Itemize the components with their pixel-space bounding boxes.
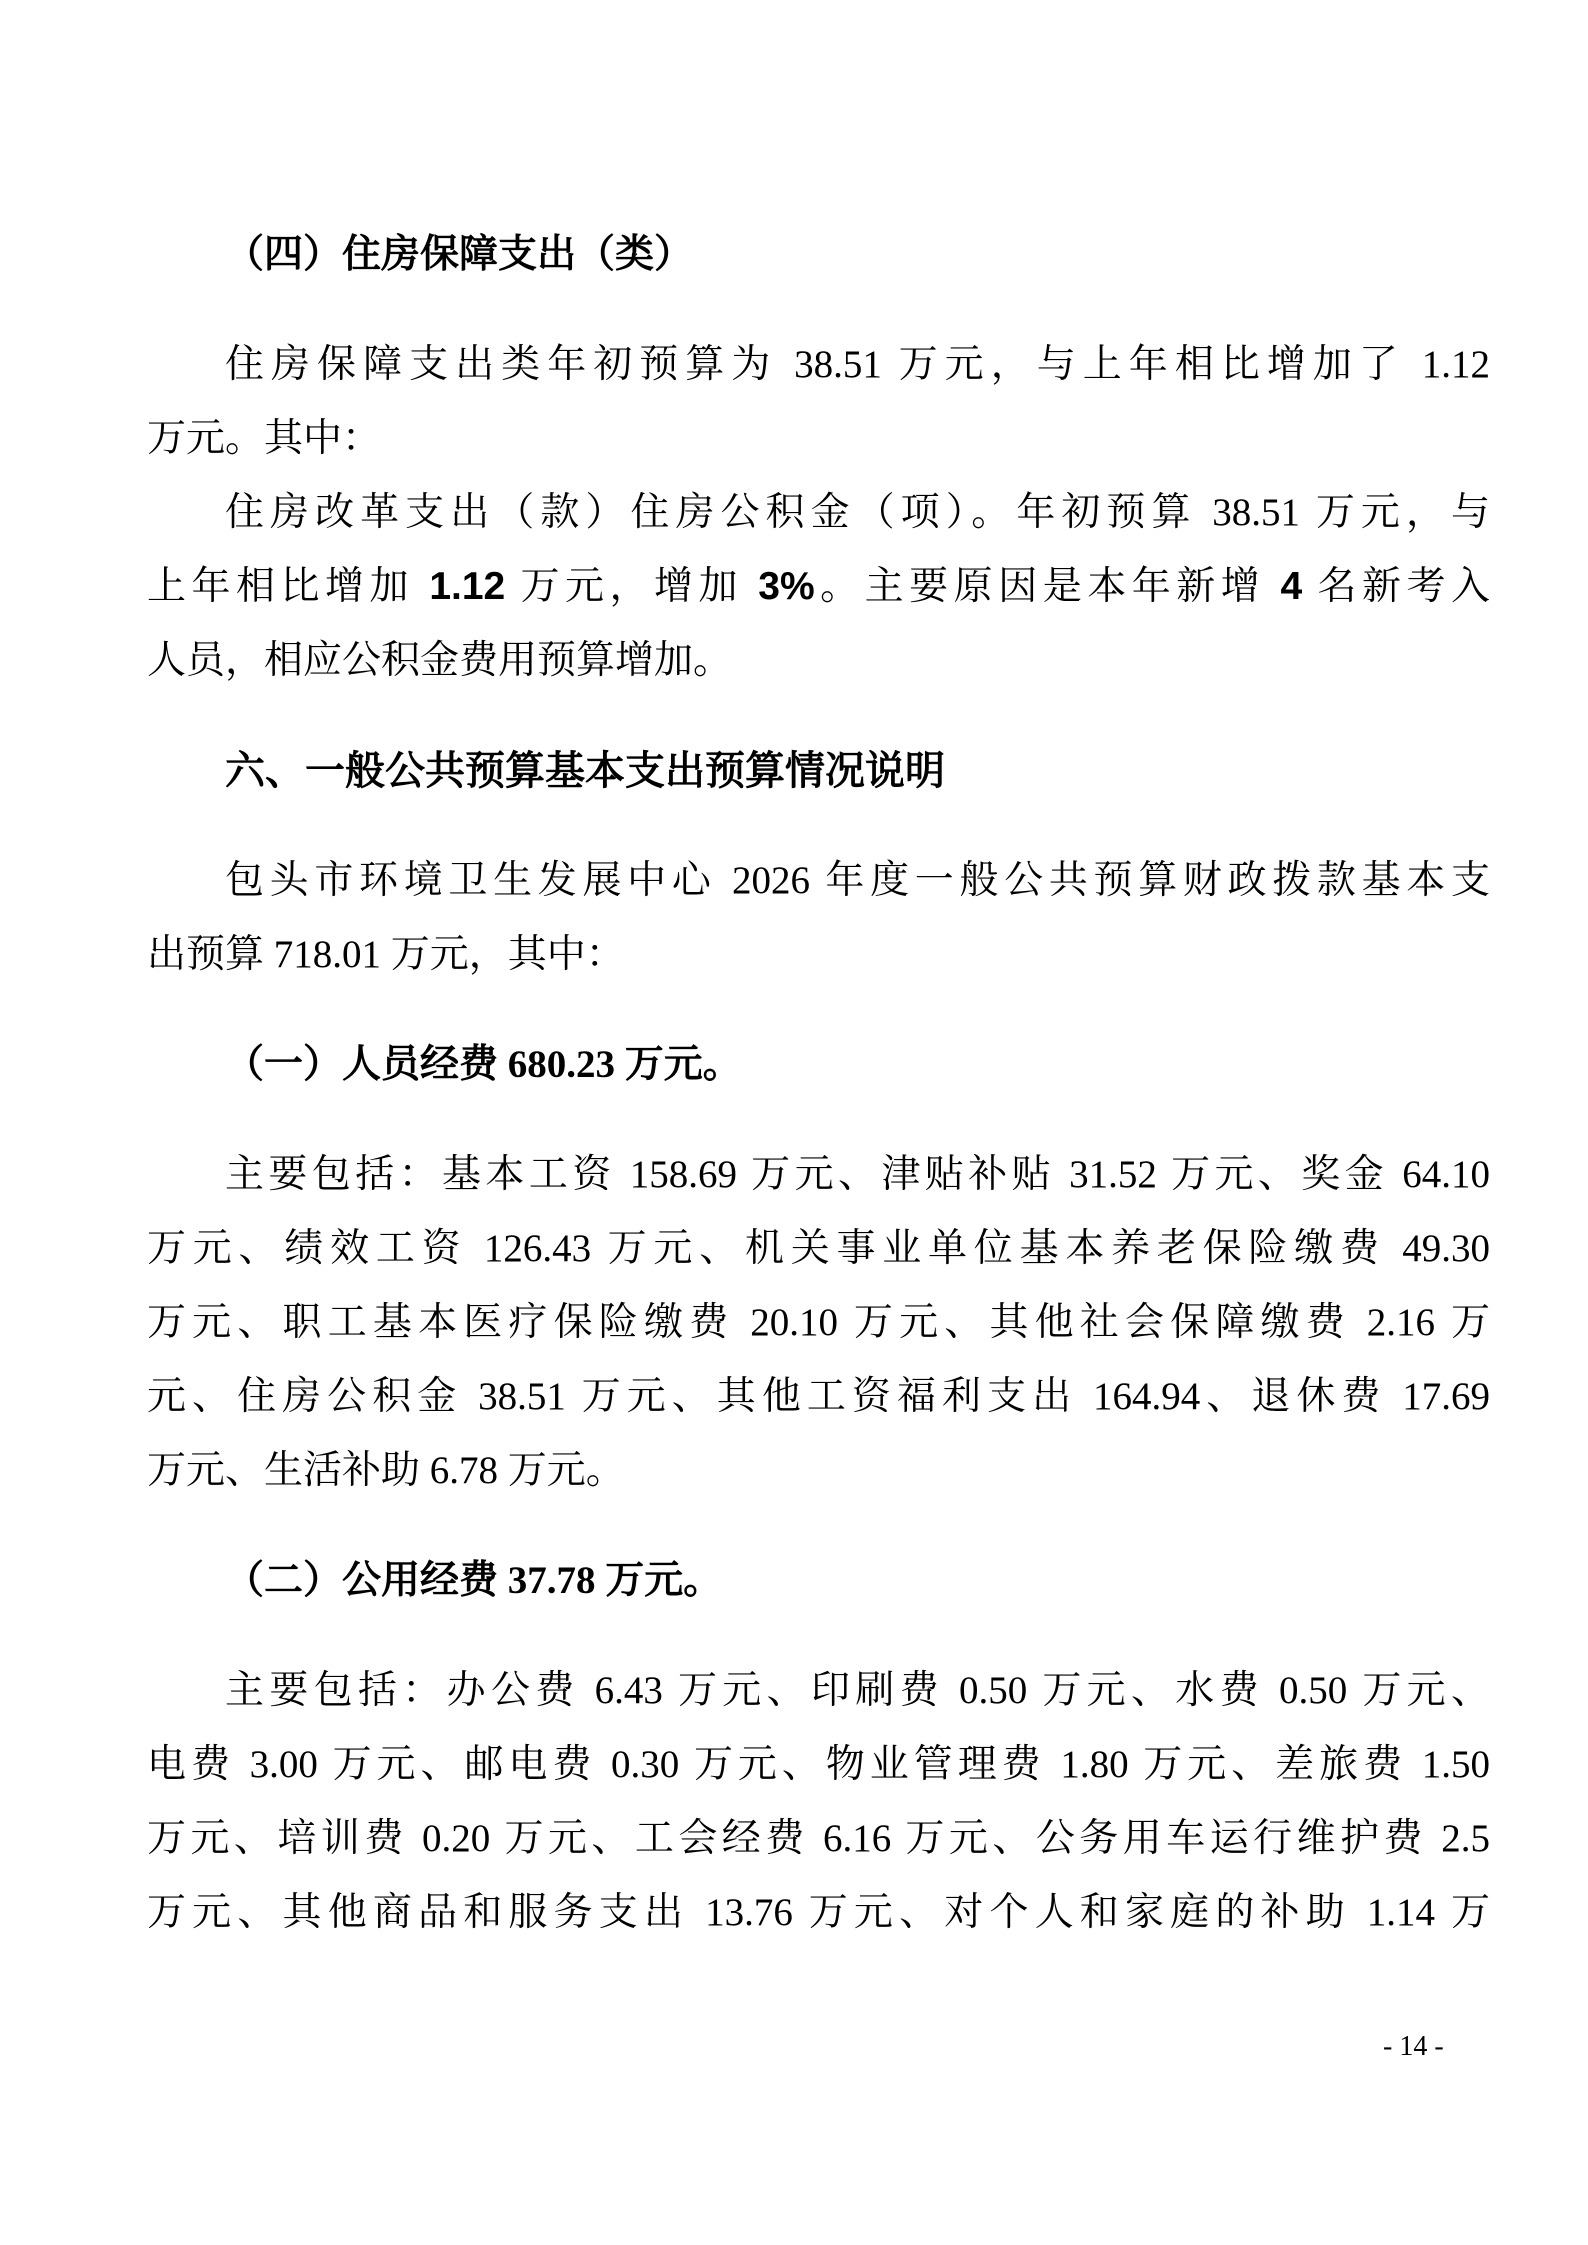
para-reform-line-2-text: 万元，增加 <box>505 565 758 608</box>
para-public-line-1: 主要包括：办公费 6.43 万元、印刷费 0.50 万元、水费 0.50 万元、 <box>147 1654 1490 1728</box>
para-public-line-4: 万元、其他商品和服务支出 13.76 万元、对个人和家庭的补助 1.14 万 <box>147 1876 1490 1950</box>
para-personnel-line-2: 万元、绩效工资 126.43 万元、机关事业单位基本养老保险缴费 49.30 <box>147 1212 1490 1286</box>
para-housing-line-2: 万元。其中： <box>147 402 1490 476</box>
new-staff-count-value: 4 <box>1281 565 1303 608</box>
para-reform-line-2: 上年相比增加 1.12 万元，增加 3%。主要原因是本年新增 4 名新考入 <box>147 550 1490 624</box>
para-center-budget-line-2: 出预算 718.01 万元，其中： <box>147 918 1490 992</box>
para-personnel-line-4: 元、住房公积金 38.51 万元、其他工资福利支出 164.94、退休费 17.… <box>147 1360 1490 1434</box>
para-reform-line-2-text: 上年相比增加 <box>147 565 429 608</box>
para-reform-line-3: 人员，相应公积金费用预算增加。 <box>147 624 1490 698</box>
para-personnel-line-3: 万元、职工基本医疗保险缴费 20.10 万元、其他社会保障缴费 2.16 万 <box>147 1286 1490 1360</box>
para-personnel-line-1: 主要包括：基本工资 158.69 万元、津贴补贴 31.52 万元、奖金 64.… <box>147 1138 1490 1212</box>
subheading-personnel-funds: （一）人员经费 680.23 万元。 <box>147 1028 1490 1102</box>
para-public-line-3: 万元、培训费 0.20 万元、工会经费 6.16 万元、公务用车运行维护费 2.… <box>147 1802 1490 1876</box>
para-reform-line-2-text: 。主要原因是本年新增 <box>815 565 1281 608</box>
para-personnel-line-5: 万元、生活补助 6.78 万元。 <box>147 1434 1490 1508</box>
document-page: （四）住房保障支出（类） 住房保障支出类年初预算为 38.51 万元，与上年相比… <box>0 0 1588 2245</box>
para-public-line-2: 电费 3.00 万元、邮电费 0.30 万元、物业管理费 1.80 万元、差旅费… <box>147 1728 1490 1802</box>
increase-amount-value: 1.12 <box>429 565 505 608</box>
increase-percent-value: 3% <box>758 565 814 608</box>
para-reform-line-2-text: 名新考入 <box>1302 565 1490 608</box>
section-heading-housing-category: （四）住房保障支出（类） <box>147 218 1490 292</box>
document-body: （四）住房保障支出（类） 住房保障支出类年初预算为 38.51 万元，与上年相比… <box>147 218 1490 1950</box>
section-heading-six-basic-expenditure: 六、一般公共预算基本支出预算情况说明 <box>147 734 1490 808</box>
para-reform-line-1: 住房改革支出（款）住房公积金（项）。年初预算 38.51 万元，与 <box>147 476 1490 550</box>
subheading-public-funds: （二）公用经费 37.78 万元。 <box>147 1544 1490 1618</box>
page-number: - 14 - <box>1383 2032 1444 2062</box>
para-housing-line-1: 住房保障支出类年初预算为 38.51 万元，与上年相比增加了 1.12 <box>147 328 1490 402</box>
para-center-budget-line-1: 包头市环境卫生发展中心 2026 年度一般公共预算财政拨款基本支 <box>147 844 1490 918</box>
